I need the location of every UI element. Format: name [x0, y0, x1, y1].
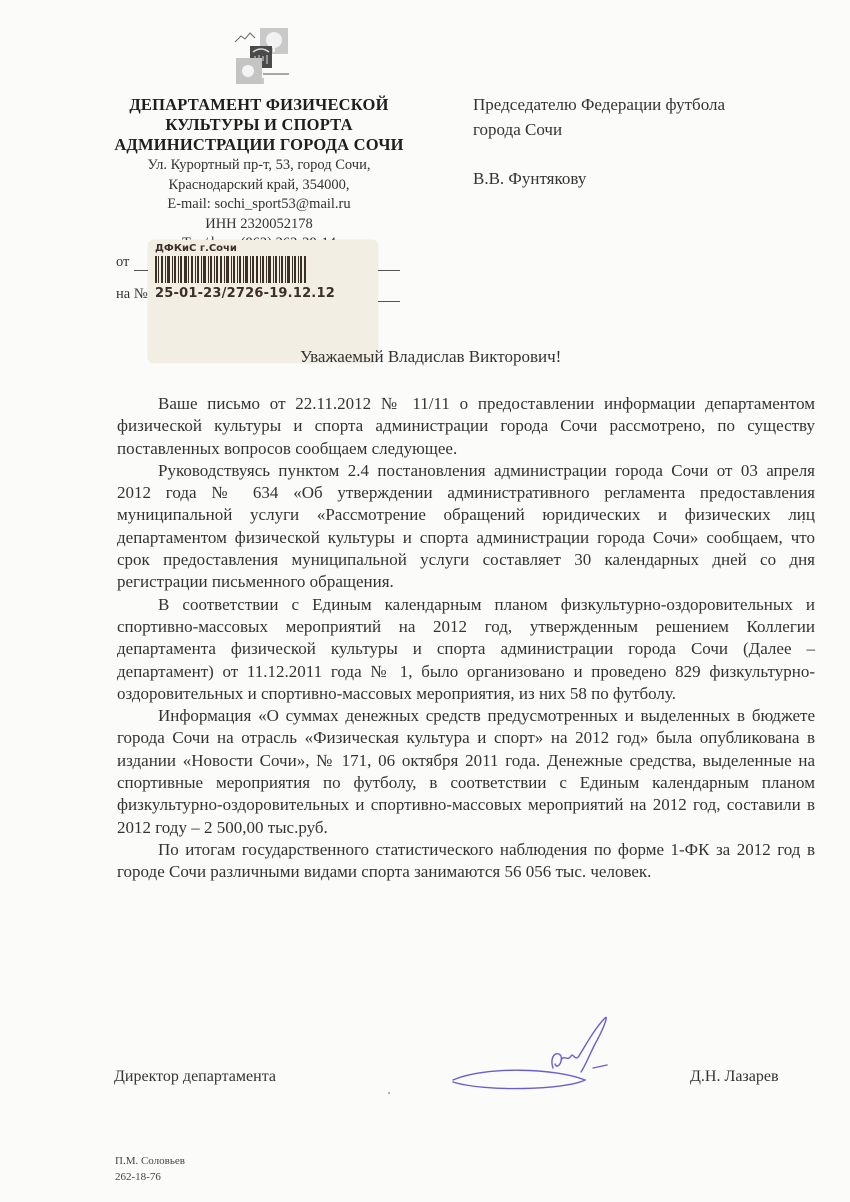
- letter-body: Ваше письмо от 22.11.2012 № 11/11 о пред…: [117, 393, 815, 884]
- scan-artifact: [388, 1092, 390, 1094]
- executor-phone: 262-18-76: [115, 1169, 185, 1185]
- body-paragraph: В соответствии с Единым календарным план…: [117, 594, 815, 705]
- body-paragraph: Информация «О суммах денежных средств пр…: [117, 705, 815, 839]
- department-title-line: КУЛЬТУРЫ И СПОРТА: [100, 115, 418, 135]
- addressee-line: Председателю Федерации футбола: [473, 92, 725, 117]
- sochi-coat-of-arms-icon: [233, 24, 291, 86]
- signatory-role: Директор департамента: [114, 1068, 276, 1086]
- body-paragraph: Руководствуясь пунктом 2.4 постановления…: [117, 460, 815, 594]
- salutation: Уважаемый Владислав Викторович!: [300, 347, 561, 367]
- department-title-line: АДМИНИСТРАЦИИ ГОРОДА СОЧИ: [100, 135, 418, 155]
- executor-name: П.М. Соловьев: [115, 1153, 185, 1169]
- department-contacts: Ул. Курортный пр-т, 53, город Сочи, Крас…: [100, 156, 418, 254]
- registration-sticker: ДФКиС г.Сочи: [148, 240, 378, 363]
- ref-row: на №: [116, 286, 148, 303]
- department-title: ДЕПАРТАМЕНТ ФИЗИЧЕСКОЙ КУЛЬТУРЫ И СПОРТА…: [100, 95, 418, 155]
- ref-label: на №: [116, 286, 148, 302]
- from-label: от: [116, 254, 129, 270]
- executor-info: П.М. Соловьев 262-18-76: [115, 1153, 185, 1185]
- inn-line: ИНН 2320052178: [100, 215, 418, 235]
- signatory-name: Д.Н. Лазарев: [690, 1068, 779, 1086]
- body-paragraph: Ваше письмо от 22.11.2012 № 11/11 о пред…: [117, 393, 815, 460]
- from-row: от: [116, 254, 129, 271]
- addressee: Председателю Федерации футбола города Со…: [473, 92, 725, 191]
- barcode-icon: [155, 256, 307, 283]
- addressee-name: В.В. Фунтякову: [473, 166, 725, 191]
- region-line: Краснодарский край, 354000,: [100, 176, 418, 196]
- department-title-line: ДЕПАРТАМЕНТ ФИЗИЧЕСКОЙ: [100, 95, 418, 115]
- registration-number: 25-01-23/2726-19.12.12: [155, 286, 335, 301]
- address-line: Ул. Курортный пр-т, 53, город Сочи,: [100, 156, 418, 176]
- email-line: E-mail: sochi_sport53@mail.ru: [100, 195, 418, 215]
- addressee-line: города Сочи: [473, 117, 725, 142]
- scan-artifact: [802, 521, 804, 523]
- sticker-organization: ДФКиС г.Сочи: [155, 243, 237, 254]
- handwritten-signature-icon: [445, 1010, 645, 1100]
- body-paragraph: По итогам государственного статистическо…: [117, 839, 815, 884]
